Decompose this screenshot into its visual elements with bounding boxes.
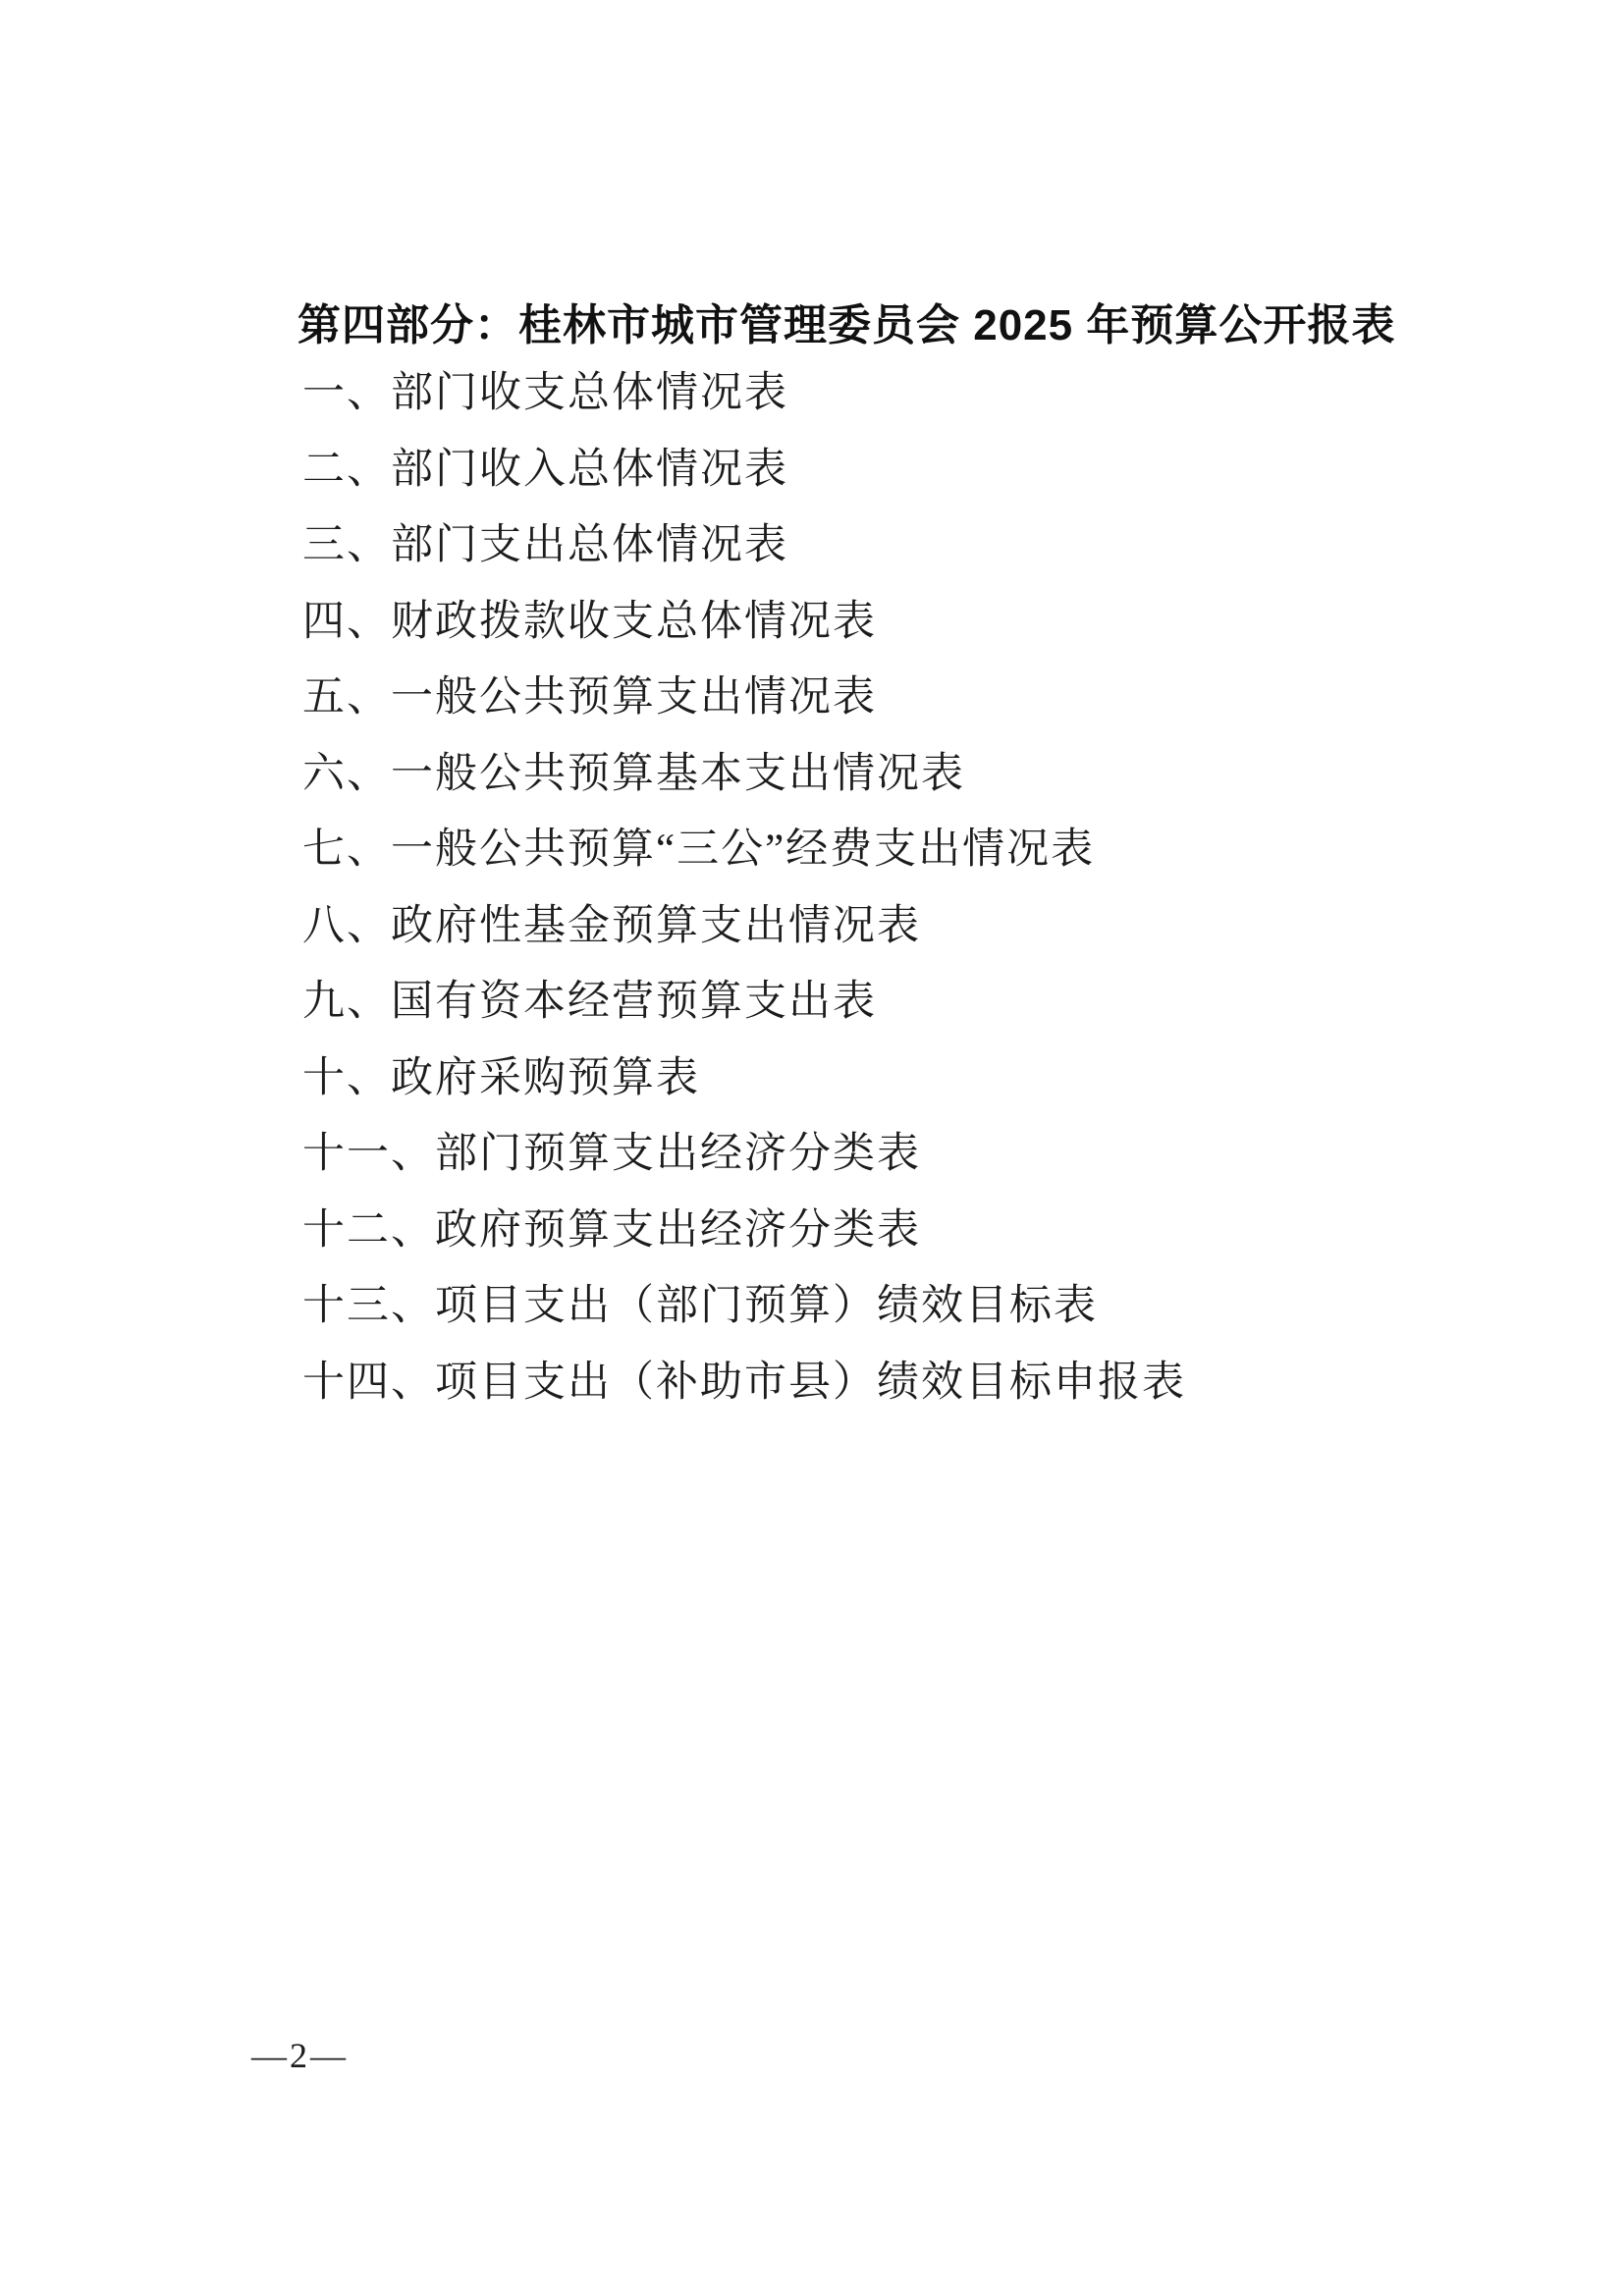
toc-item-6: 六、一般公共预算基本支出情况表 [302, 736, 1186, 813]
toc-list: 一、部门收支总体情况表 二、部门收入总体情况表 三、部门支出总体情况表 四、财政… [302, 355, 1186, 1420]
page-title: 第四部分：桂林市城市管理委员会 2025 年预算公开报表 [298, 294, 1395, 358]
toc-item-9: 九、国有资本经营预算支出表 [302, 964, 1186, 1041]
toc-item-10: 十、政府采购预算表 [302, 1041, 1186, 1117]
toc-item-7: 七、一般公共预算“三公”经费支出情况表 [302, 812, 1186, 888]
toc-item-4: 四、财政拨款收支总体情况表 [302, 584, 1186, 661]
document-page: 第四部分：桂林市城市管理委员会 2025 年预算公开报表 一、部门收支总体情况表… [0, 0, 1624, 2296]
toc-item-14: 十四、项目支出（补助市县）绩效目标申报表 [302, 1345, 1186, 1421]
toc-item-3: 三、部门支出总体情况表 [302, 507, 1186, 584]
toc-item-12: 十二、政府预算支出经济分类表 [302, 1193, 1186, 1269]
page-number: —2— [251, 2034, 349, 2077]
toc-item-13: 十三、项目支出（部门预算）绩效目标表 [302, 1268, 1186, 1345]
toc-item-5: 五、一般公共预算支出情况表 [302, 660, 1186, 736]
toc-item-8: 八、政府性基金预算支出情况表 [302, 888, 1186, 965]
toc-item-11: 十一、部门预算支出经济分类表 [302, 1116, 1186, 1193]
toc-item-1: 一、部门收支总体情况表 [302, 355, 1186, 432]
toc-item-2: 二、部门收入总体情况表 [302, 432, 1186, 508]
